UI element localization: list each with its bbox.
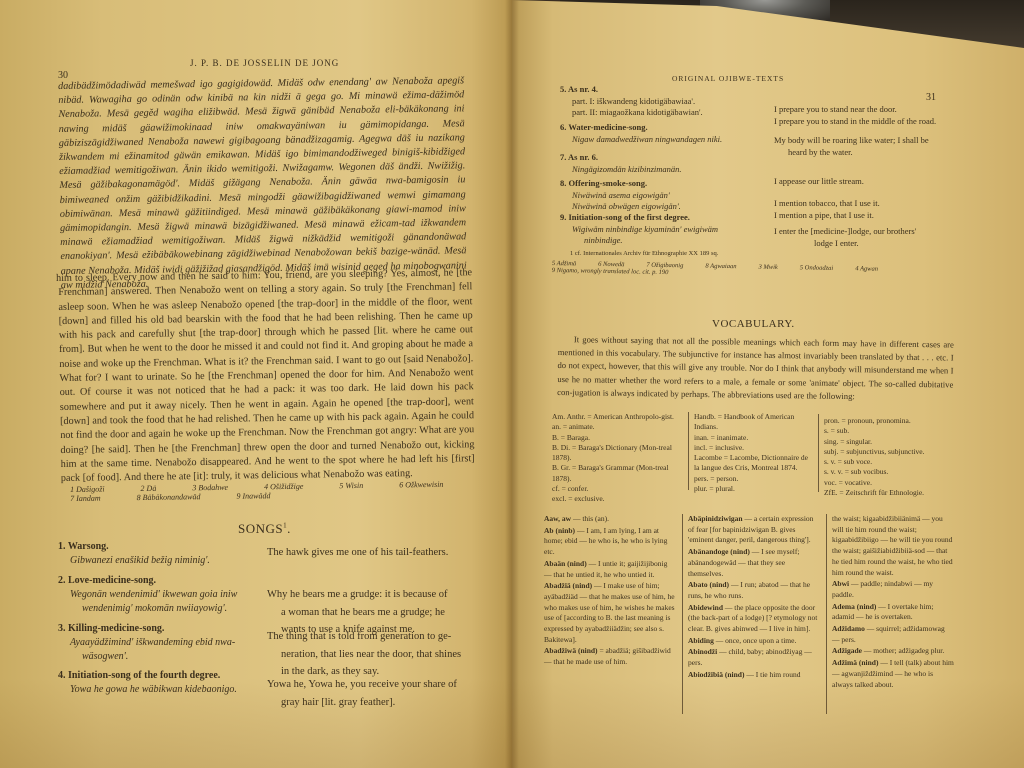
- footnote: 4 Ošižidžige: [264, 482, 303, 492]
- song-4-translation: Yowa he, Yowa he, you receive your share…: [267, 676, 507, 711]
- column-divider: [682, 514, 683, 714]
- song-4: 4. Initiation-song of the fourth degree.…: [58, 669, 268, 697]
- song-ojibwe: Wegonän wendenimid' ikwewan goia iniw: [58, 588, 268, 602]
- vocabulary-intro: It goes without saying that not all the …: [557, 333, 954, 405]
- vocabulary-entry: Abaän (nind) — I untie it; gaijižijiboni…: [544, 559, 676, 580]
- vocabulary-entry: Adema (nind) — I overtake him; adamid — …: [832, 602, 954, 623]
- ojibwe-text-paragraph: dadibädžimödadiwäd memešwad igo gagigido…: [58, 74, 467, 293]
- vocabulary-entry: Abwi — paddle; nindabwi — my paddle.: [832, 579, 954, 600]
- footnote-reference: 1 cf. Internationales Archiv für Ethnogr…: [570, 250, 718, 257]
- footnote: 8 Bäbäkonandawäd: [137, 492, 201, 502]
- vocabulary-heading: VOCABULARY.: [712, 318, 795, 330]
- song-5: 5. As nr. 4. part. I: iškwandeng kidotig…: [560, 84, 770, 119]
- footnote: 5 Wisin: [339, 481, 363, 490]
- vocabulary-entry: the waist; kigaabidžibiiänimä — you will…: [832, 514, 954, 578]
- footnote: 9 Inawädd: [236, 491, 270, 500]
- vocabulary-entry: Abato (nind) — I run; abatod — that he r…: [688, 580, 820, 601]
- songs-heading: SONGS1.: [238, 521, 291, 537]
- song-title: 3. Killing-medicine-song.: [58, 622, 268, 636]
- song-ojibwe: wendenimig' mokomän nwiiayowig'.: [58, 602, 268, 616]
- song-3: 3. Killing-medicine-song. Ayaayädžimind'…: [58, 622, 268, 664]
- abbreviations-column-3: pron. = pronoun, pronomina. s. = sub. si…: [824, 416, 944, 498]
- song-1: 1. Warsong. Gibwanezi enašikid bežig nim…: [58, 540, 268, 568]
- column-divider: [818, 414, 819, 492]
- vocabulary-entry: Abadžiä (nind) — I make use of him; ayäb…: [544, 581, 676, 645]
- song-title: 2. Love-medicine-song.: [58, 574, 268, 588]
- vocabulary-entry: Abiding — once, once upon a time.: [688, 636, 820, 647]
- vocabulary-entry: Abinodži — child, baby; abinodžiyag — pe…: [688, 647, 820, 668]
- page-number: 31: [926, 92, 936, 103]
- song-3-translation: The thing that is told from generation t…: [267, 628, 507, 681]
- song-title: 1. Warsong.: [58, 540, 268, 554]
- footnote: 2 Dä: [140, 484, 156, 493]
- song-1-translation: The hawk gives me one of his tail-feathe…: [267, 544, 507, 562]
- song-7-translation: I appease our little stream.: [774, 176, 954, 188]
- running-head: J. P. B. DE JOSSELIN DE JONG: [190, 58, 339, 68]
- song-ojibwe: wäsogwen'.: [58, 650, 268, 664]
- vocabulary-entry: Ab (ninb) — I am, I am lying, I am at ho…: [544, 526, 676, 558]
- right-page: ORIGINAL OJIBWE-TEXTS 31 5. As nr. 4. pa…: [512, 0, 1024, 768]
- left-page: 30 J. P. B. DE JOSSELIN DE JONG dadibädž…: [0, 0, 512, 768]
- song-ojibwe: Gibwanezi enašikid bežig niminig'.: [58, 554, 268, 568]
- song-2: 2. Love-medicine-song. Wegonän wendenimi…: [58, 574, 268, 616]
- vocabulary-entry: Adžigade — mother; adžigadeg plur.: [832, 646, 954, 657]
- english-translation-paragraph: him to sleep. Every now and then he said…: [58, 266, 475, 486]
- running-head: ORIGINAL OJIBWE-TEXTS: [672, 74, 784, 83]
- vocabulary-entry: Adžimä (nind) — I tell (talk) about him …: [832, 658, 954, 690]
- vocabulary-column-2: Abäpinidziwigan — a certain expression o…: [688, 514, 820, 682]
- vocabulary-entry: Abadžiwä (nind) = abadžiä; gišibadžiwid …: [544, 646, 676, 667]
- book-spine: [505, 0, 519, 768]
- column-divider: [688, 412, 689, 490]
- song-ojibwe: Ayaayädžimind' iškwandeming ebid nwa-: [58, 636, 268, 650]
- footnote: 1 Dašigoži: [70, 485, 105, 494]
- song-6-translation: My body will be roaring like water; I sh…: [774, 135, 954, 158]
- footnote: 6 Ožkwewisin: [399, 480, 443, 490]
- vocabulary-entry: Abidewind — the place opposite the door …: [688, 603, 820, 635]
- vocabulary-column-1: Aaw, aw — this (an). Ab (ninb) — I am, I…: [544, 514, 676, 669]
- footnotes: 5 Adžimä 6 Nowedä 7 Ožigibaonig 8 Agwaia…: [552, 260, 972, 281]
- song-ojibwe: Yowa he gowa he wäbikwan kidebaonigo.: [58, 683, 268, 697]
- vocabulary-entry: Adžidamo — squirrel; adžidamowag — pers.: [832, 624, 954, 645]
- song-8: 8. Offering-smoke-song. Niwäwinä asema e…: [560, 178, 770, 213]
- song-9-translation: I enter the [medicine-]lodge, our brothe…: [774, 226, 964, 249]
- abbreviations-column-1: Am. Anthr. = American Anthropolo-gist. a…: [552, 412, 682, 505]
- song-7: 7. As nr. 6. Ningägizomdän kizibinzimanä…: [560, 152, 770, 175]
- vocabulary-entry: Aaw, aw — this (an).: [544, 514, 676, 525]
- footnote: 7 Iandam: [70, 494, 101, 503]
- footnote: 3 Bodahwe: [192, 483, 228, 492]
- vocabulary-entry: Abiodžibiä (nind) — I tie him round: [688, 670, 820, 681]
- song-8-translation: I mention tobacco, that I use it. I ment…: [774, 198, 954, 221]
- vocabulary-entry: Abänandoge (nind) — I see myself; abänan…: [688, 547, 820, 579]
- song-title: 4. Initiation-song of the fourth degree.: [58, 669, 268, 683]
- song-5-translation: I prepare you to stand near the door. I …: [774, 104, 954, 127]
- song-6: 6. Water-medicine-song. Nigaw damadwedži…: [560, 122, 780, 145]
- abbreviations-column-2: Handb. = Handbook of American Indians. i…: [694, 412, 814, 494]
- vocabulary-entry: Abäpinidziwigan — a certain expression o…: [688, 514, 820, 546]
- column-divider: [826, 514, 827, 714]
- vocabulary-column-3: the waist; kigaabidžibiiänimä — you will…: [832, 514, 954, 691]
- song-9: 9. Initiation-song of the first degree. …: [560, 212, 790, 247]
